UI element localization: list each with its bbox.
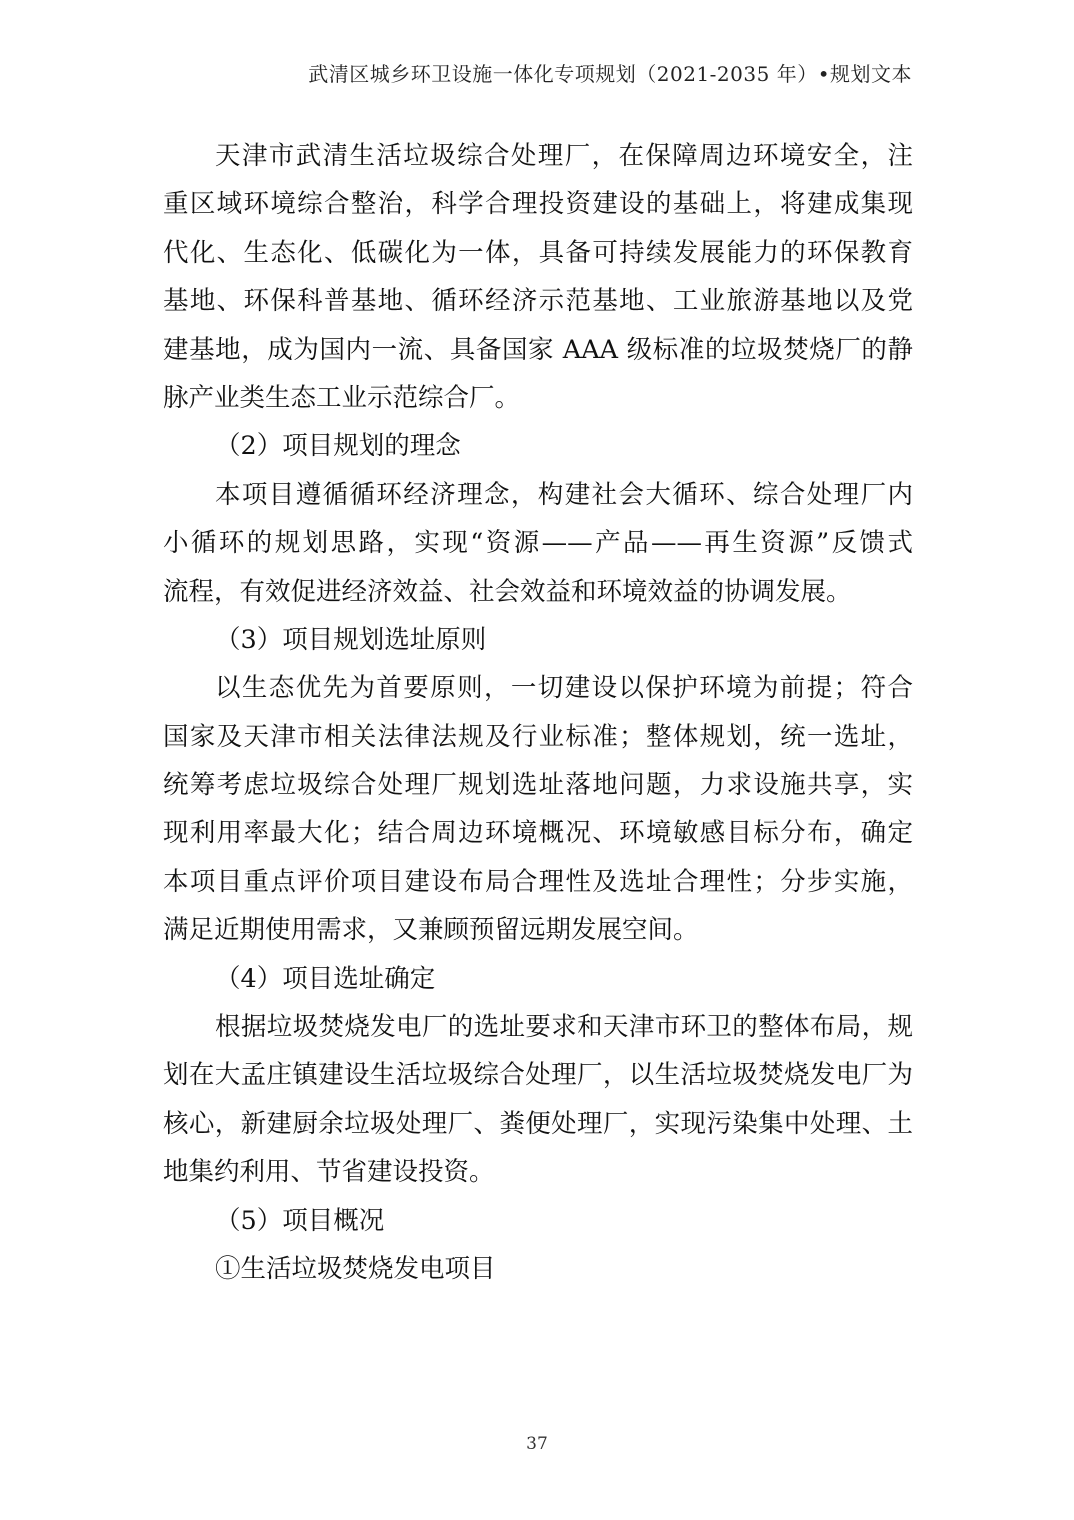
paragraph-line: 国家及天津市相关法律法规及行业标准；整体规划，统一选址， (163, 713, 913, 761)
document-body: 天津市武清生活垃圾综合处理厂，在保障周边环境安全，注 重区域环境综合整治，科学合… (163, 132, 913, 1293)
paragraph-line: 脉产业类生态工业示范综合厂。 (163, 374, 913, 422)
paragraph-line: 核心，新建厨余垃圾处理厂、粪便处理厂，实现污染集中处理、土 (163, 1100, 913, 1148)
paragraph-line: 以生态优先为首要原则，一切建设以保护环境为前提；符合 (163, 664, 913, 712)
section-heading: （5）项目概况 (163, 1197, 913, 1245)
section-heading: （2）项目规划的理念 (163, 422, 913, 470)
paragraph-line: 划在大孟庄镇建设生活垃圾综合处理厂，以生活垃圾焚烧发电厂为 (163, 1051, 913, 1099)
paragraph-line: 现利用率最大化；结合周边环境概况、环境敏感目标分布，确定 (163, 809, 913, 857)
running-header: 武清区城乡环卫设施一体化专项规划（2021-2035 年）•规划文本 (308, 60, 912, 88)
paragraph-line: 根据垃圾焚烧发电厂的选址要求和天津市环卫的整体布局，规 (163, 1003, 913, 1051)
paragraph-line: 本项目重点评价项目建设布局合理性及选址合理性；分步实施， (163, 858, 913, 906)
paragraph-line: 满足近期使用需求，又兼顾预留远期发展空间。 (163, 906, 913, 954)
paragraph-line: 代化、生态化、低碳化为一体，具备可持续发展能力的环保教育 (163, 229, 913, 277)
paragraph-line: 小循环的规划思路，实现“资源——产品——再生资源”反馈式 (163, 519, 913, 567)
paragraph-line: 重区域环境综合整治，科学合理投资建设的基础上，将建成集现 (163, 180, 913, 228)
paragraph-line: 本项目遵循循环经济理念，构建社会大循环、综合处理厂内 (163, 471, 913, 519)
paragraph-line: 统筹考虑垃圾综合处理厂规划选址落地问题，力求设施共享，实 (163, 761, 913, 809)
page-number: 37 (0, 1434, 1074, 1454)
paragraph-line: 基地、环保科普基地、循环经济示范基地、工业旅游基地以及党 (163, 277, 913, 325)
paragraph-line: 建基地，成为国内一流、具备国家 AAA 级标准的垃圾焚烧厂的静 (163, 326, 913, 374)
paragraph-line: 天津市武清生活垃圾综合处理厂，在保障周边环境安全，注 (163, 132, 913, 180)
section-heading: （4）项目选址确定 (163, 955, 913, 1003)
paragraph-line: 地集约利用、节省建设投资。 (163, 1148, 913, 1196)
section-heading: （3）项目规划选址原则 (163, 616, 913, 664)
paragraph-line: 流程，有效促进经济效益、社会效益和环境效益的协调发展。 (163, 568, 913, 616)
subsection-heading: ①生活垃圾焚烧发电项目 (163, 1245, 913, 1293)
